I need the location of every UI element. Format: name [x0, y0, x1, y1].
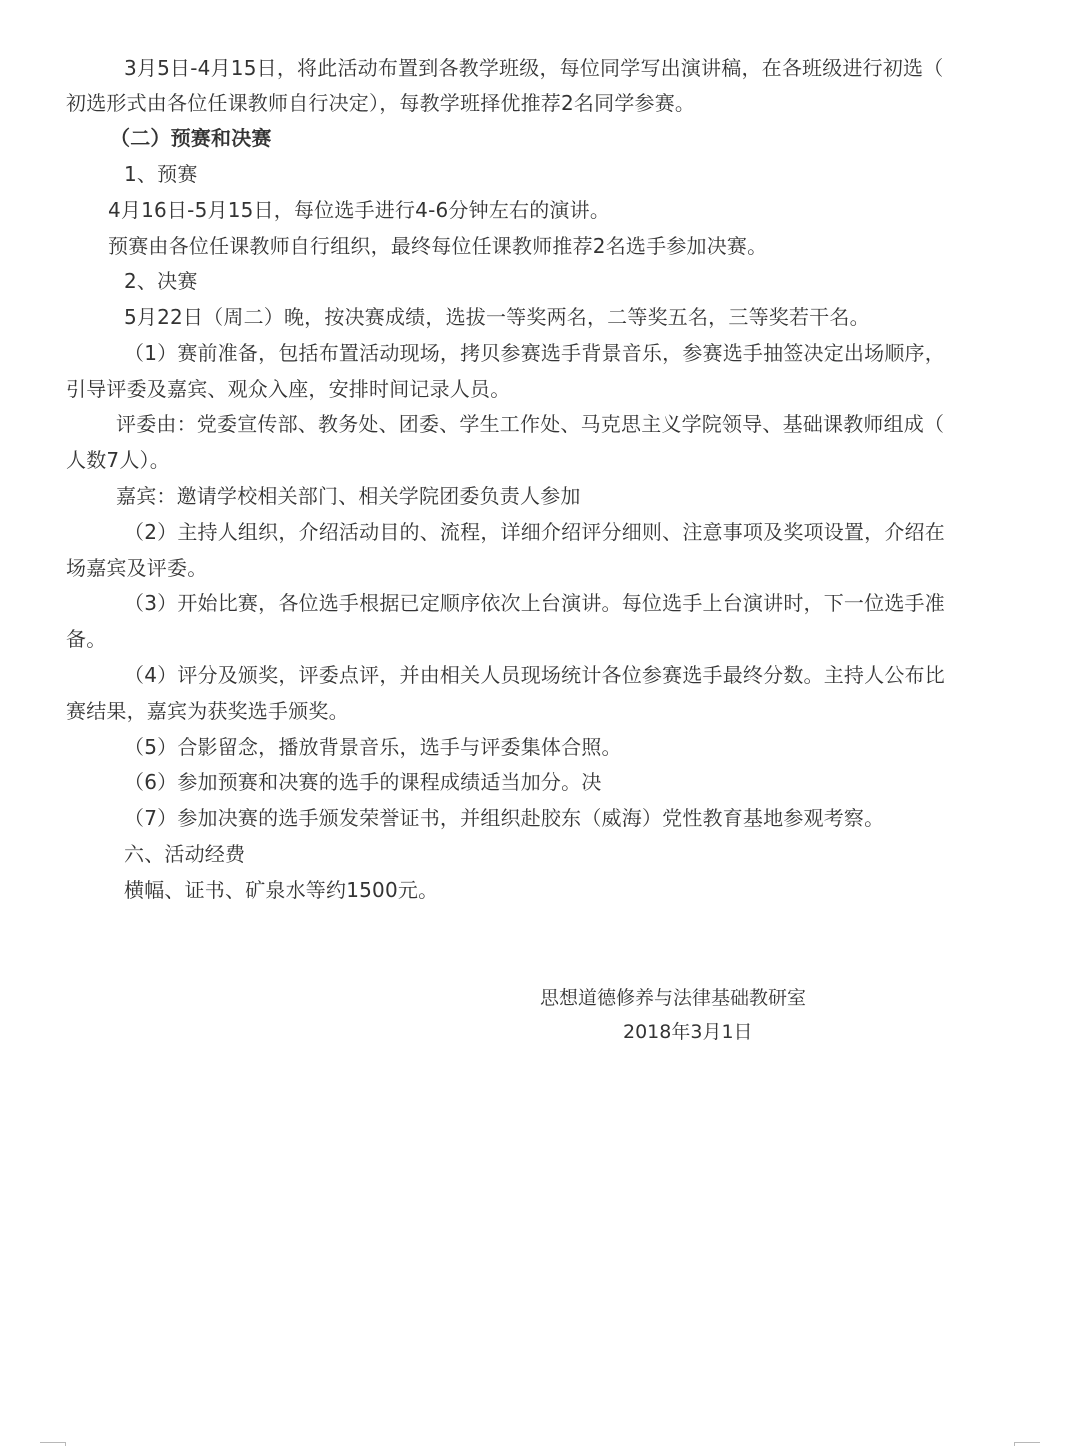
paragraph-line: 引导评委及嘉宾、观众入座，安排时间记录人员。 — [66, 375, 510, 403]
paragraph-line: 备。 — [66, 625, 106, 653]
paragraph-line: 评委由：党委宣传部、教务处、团委、学生工作处、马克思主义学院领导、基础课教师组成… — [116, 410, 944, 438]
paragraph-line: 1、预赛 — [124, 160, 198, 188]
paragraph-line: （3）开始比赛，各位选手根据已定顺序依次上台演讲。每位选手上台演讲时，下一位选手… — [124, 589, 945, 617]
page-corner-mark-right — [1014, 1442, 1040, 1443]
signature-date: 2018年3月1日 — [623, 1019, 753, 1045]
paragraph-line: 2、决赛 — [124, 267, 198, 295]
paragraph-line: 初选形式由各位任课教师自行决定），每教学班择优推荐2名同学参赛。 — [66, 89, 695, 117]
paragraph-line: （4）评分及颁奖，评委点评，并由相关人员现场统计各位参赛选手最终分数。主持人公布… — [124, 661, 945, 689]
document-page: 3月5日-4月15日，将此活动布置到各教学班级，每位同学写出演讲稿，在各班级进行… — [0, 0, 1080, 1446]
signature-department: 思想道德修养与法律基础教研室 — [540, 985, 806, 1011]
paragraph-line: （6）参加预赛和决赛的选手的课程成绩适当加分。决 — [124, 768, 602, 796]
paragraph-line: 六、活动经费 — [124, 840, 245, 868]
paragraph-line: 嘉宾：邀请学校相关部门、相关学院团委负责人参加 — [116, 482, 581, 510]
paragraph-line: 5月22日（周二）晚，按决赛成绩，选拔一等奖两名，二等奖五名，三等奖若干名。 — [124, 303, 870, 331]
paragraph-line: （7）参加决赛的选手颁发荣誉证书，并组织赴胶东（威海）党性教育基地参观考察。 — [124, 804, 884, 832]
paragraph-line: 4月16日-5月15日，每位选手进行4-6分钟左右的演讲。 — [108, 196, 610, 224]
paragraph-line: 场嘉宾及评委。 — [66, 554, 207, 582]
paragraph-line: （5）合影留念，播放背景音乐，选手与评委集体合照。 — [124, 733, 622, 761]
paragraph-line: 赛结果，嘉宾为获奖选手颁奖。 — [66, 697, 349, 725]
paragraph-line: 横幅、证书、矿泉水等约1500元。 — [124, 876, 438, 904]
paragraph-line: 预赛由各位任课教师自行组织，最终每位任课教师推荐2名选手参加决赛。 — [108, 232, 767, 260]
paragraph-line: （1）赛前准备，包括布置活动现场，拷贝参赛选手背景音乐，参赛选手抽签决定出场顺序… — [124, 339, 945, 367]
paragraph-line: （2）主持人组织，介绍活动目的、流程，详细介绍评分细则、注意事项及奖项设置，介绍… — [124, 518, 945, 546]
paragraph-line: 人数7人）。 — [66, 446, 170, 474]
page-corner-mark-left — [40, 1442, 66, 1443]
section-heading: （二）预赛和决赛 — [110, 124, 272, 152]
paragraph-line: 3月5日-4月15日，将此活动布置到各教学班级，每位同学写出演讲稿，在各班级进行… — [124, 54, 943, 82]
